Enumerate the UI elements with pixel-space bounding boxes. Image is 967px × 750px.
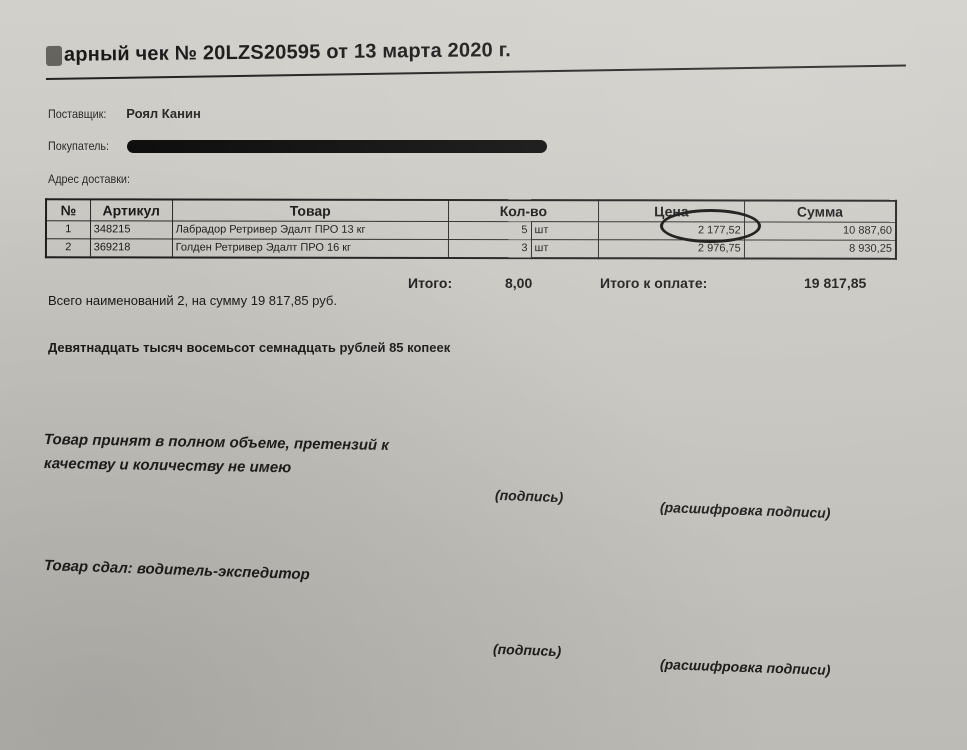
receipt-paper: арный чек № 20LZS20595 от 13 марта 2020 …	[0, 0, 967, 750]
address-label: Адрес доставки:	[48, 172, 130, 186]
acceptance-signature-decode-label: (расшифровка подписи)	[660, 499, 831, 521]
title-underline	[46, 64, 906, 80]
torn-corner-smudge	[46, 46, 62, 66]
row-qty: 5	[448, 221, 531, 239]
handover-text: Товар сдал: водитель-экспедитор	[44, 557, 310, 583]
table-row: 1 348215 Лабрадор Ретривер Эдалт ПРО 13 …	[46, 221, 896, 240]
supplier-value: Роял Канин	[126, 106, 201, 121]
total-label: Итого:	[408, 275, 452, 291]
items-table: № Артикул Товар Кол-во Цена Сумма 1 3482…	[45, 198, 897, 259]
row-sum: 8 930,25	[744, 240, 896, 259]
row-unit: шт	[531, 240, 598, 259]
buyer-label: Покупатель:	[48, 139, 109, 153]
row-number: 2	[46, 239, 90, 258]
receipt-title: арный чек № 20LZS20595 от 13 марта 2020 …	[46, 39, 511, 67]
acceptance-line-2: качеству и количеству не имею	[44, 455, 291, 476]
supplier-row: Поставщик: Роял Канин	[48, 106, 201, 121]
acceptance-signature-label: (подпись)	[495, 487, 564, 505]
summary-line: Всего наименований 2, на сумму 19 817,85…	[48, 293, 337, 308]
row-product: Голден Ретривер Эдалт ПРО 16 кг	[172, 239, 448, 258]
handover-signature-label: (подпись)	[493, 641, 562, 659]
row-qty: 3	[448, 239, 531, 258]
col-product: Товар	[172, 199, 448, 221]
col-sum: Сумма	[744, 200, 896, 222]
to-pay-label: Итого к оплате:	[600, 275, 707, 291]
col-qty: Кол-во	[448, 200, 598, 222]
row-unit: шт	[531, 222, 598, 240]
handover-signature-decode-label: (расшифровка подписи)	[660, 656, 831, 678]
acceptance-line-1: Товар принят в полном объеме, претензий …	[44, 431, 389, 454]
total-qty: 8,00	[505, 275, 532, 291]
address-row: Адрес доставки:	[48, 172, 139, 186]
buyer-row: Покупатель:	[48, 139, 547, 153]
table-row: 2 369218 Голден Ретривер Эдалт ПРО 16 кг…	[46, 239, 896, 259]
col-number: №	[46, 199, 90, 221]
supplier-label: Поставщик:	[48, 107, 106, 121]
row-product: Лабрадор Ретривер Эдалт ПРО 13 кг	[172, 221, 448, 239]
title-text: арный чек № 20LZS20595 от 13 марта 2020 …	[64, 39, 511, 66]
col-article: Артикул	[90, 199, 172, 221]
row-article: 348215	[90, 221, 172, 239]
row-price: 2 976,75	[598, 240, 744, 259]
amount-in-words: Девятнадцать тысяч восемьсот семнадцать …	[48, 340, 450, 355]
row-article: 369218	[90, 239, 172, 258]
row-sum: 10 887,60	[744, 222, 896, 240]
table-header: № Артикул Товар Кол-во Цена Сумма	[46, 199, 896, 222]
buyer-redaction	[127, 140, 547, 153]
to-pay-value: 19 817,85	[804, 275, 866, 291]
row-number: 1	[46, 221, 90, 239]
price-circle-annotation	[660, 209, 761, 243]
